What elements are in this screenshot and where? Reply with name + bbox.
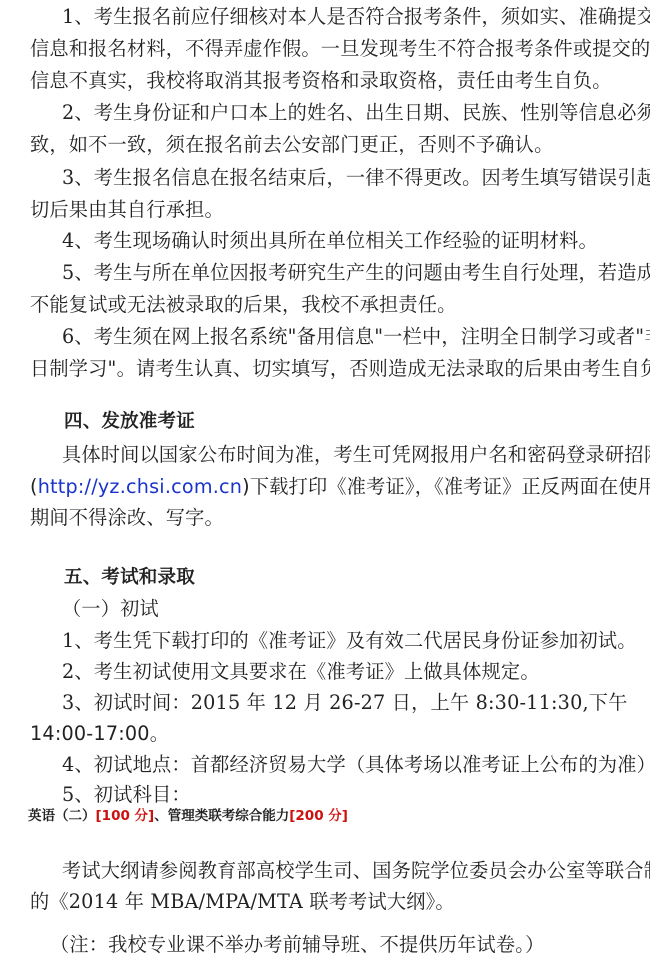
score-english: [100 分] [96, 808, 155, 824]
rule-6-line-1: 6、考生须在网上报名系统"备用信息"一栏中，注明全日制学习或者"非全 [62, 325, 650, 349]
rule-6-line-2: 日制学习"。请考生认真、切实填写，否则造成无法录取的后果由考生自负。 [30, 357, 630, 381]
rule-5-line-1: 5、考生与所在单位因报考研究生产生的问题由考生自行处理，若造成考生 [62, 261, 650, 285]
rule-3-line-1: 3、考生报名信息在报名结束后，一律不得更改。因考生填写错误引起的一 [62, 166, 650, 190]
exam-subjects: 英语（二）[100 分]、管理类联考综合能力[200 分] [28, 807, 348, 825]
subject-separator: 、 [154, 808, 168, 824]
rule-2-line-2: 致，如不一致，须在报名前去公安部门更正，否则不予确认。 [30, 133, 630, 157]
paren-close: ) [242, 475, 250, 498]
footnote: （注：我校专业课不举办考前辅导班、不提供历年试卷。） [50, 933, 650, 957]
score-management: [200 分] [289, 808, 348, 824]
section-4-heading: 四、发放准考证 [64, 410, 650, 434]
section-4-line-2: (http://yz.chsi.com.cn)下载打印《准考证》，《准考证》正反… [30, 475, 630, 499]
rule-1-line-1: 1、考生报名前应仔细核对本人是否符合报考条件，须如实、准确提交报名 [62, 5, 650, 29]
rule-1-line-3: 信息不真实，我校将取消其报考资格和录取资格，责任由考生自负。 [30, 69, 630, 93]
section-4-line-2-rest: 下载打印《准考证》，《准考证》正反两面在使用 [250, 475, 650, 498]
rule-3-line-2: 切后果由其自行承担。 [30, 198, 630, 222]
chsi-link[interactable]: http://yz.chsi.com.cn [38, 475, 242, 498]
section-5-heading: 五、考试和录取 [64, 566, 650, 590]
exam-item-4: 4、初试地点：首都经济贸易大学（具体考场以准考证上公布的为准） [62, 753, 650, 777]
exam-item-3-line-1: 3、初试时间：2015 年 12 月 26-27 日，上午 8:30-11:30… [62, 691, 650, 715]
rule-2-line-1: 2、考生身份证和户口本上的姓名、出生日期、民族、性别等信息必须一 [62, 101, 650, 125]
rule-4-line-1: 4、考生现场确认时须出具所在单位相关工作经验的证明材料。 [62, 229, 650, 253]
exam-item-5: 5、初试科目： [62, 783, 650, 807]
syllabus-line-2: 的《2014 年 MBA/MPA/MTA 联考考试大纲》。 [30, 890, 630, 914]
exam-item-3-line-2: 14:00-17:00。 [30, 722, 630, 746]
section-4-line-3: 期间不得涂改、写字。 [30, 506, 630, 530]
syllabus-line-1: 考试大纲请参阅教育部高校学生司、国务院学位委员会办公室等联合制定 [62, 859, 650, 883]
subject-management: 管理类联考综合能力 [168, 808, 290, 824]
exam-item-1: 1、考生凭下载打印的《准考证》及有效二代居民身份证参加初试。 [62, 629, 650, 653]
rule-5-line-2: 不能复试或无法被录取的后果，我校不承担责任。 [30, 293, 630, 317]
rule-1-line-2: 信息和报名材料，不得弄虚作假。一旦发现考生不符合报考条件或提交的报考 [30, 37, 630, 61]
paren-open: ( [30, 475, 38, 498]
exam-item-2: 2、考生初试使用文具要求在《准考证》上做具体规定。 [62, 660, 650, 684]
section-5-subheading: （一）初试 [62, 597, 650, 621]
section-4-line-1: 具体时间以国家公布时间为准，考生可凭网报用户名和密码登录研招网 [62, 443, 650, 467]
subject-english: 英语（二） [28, 808, 96, 824]
